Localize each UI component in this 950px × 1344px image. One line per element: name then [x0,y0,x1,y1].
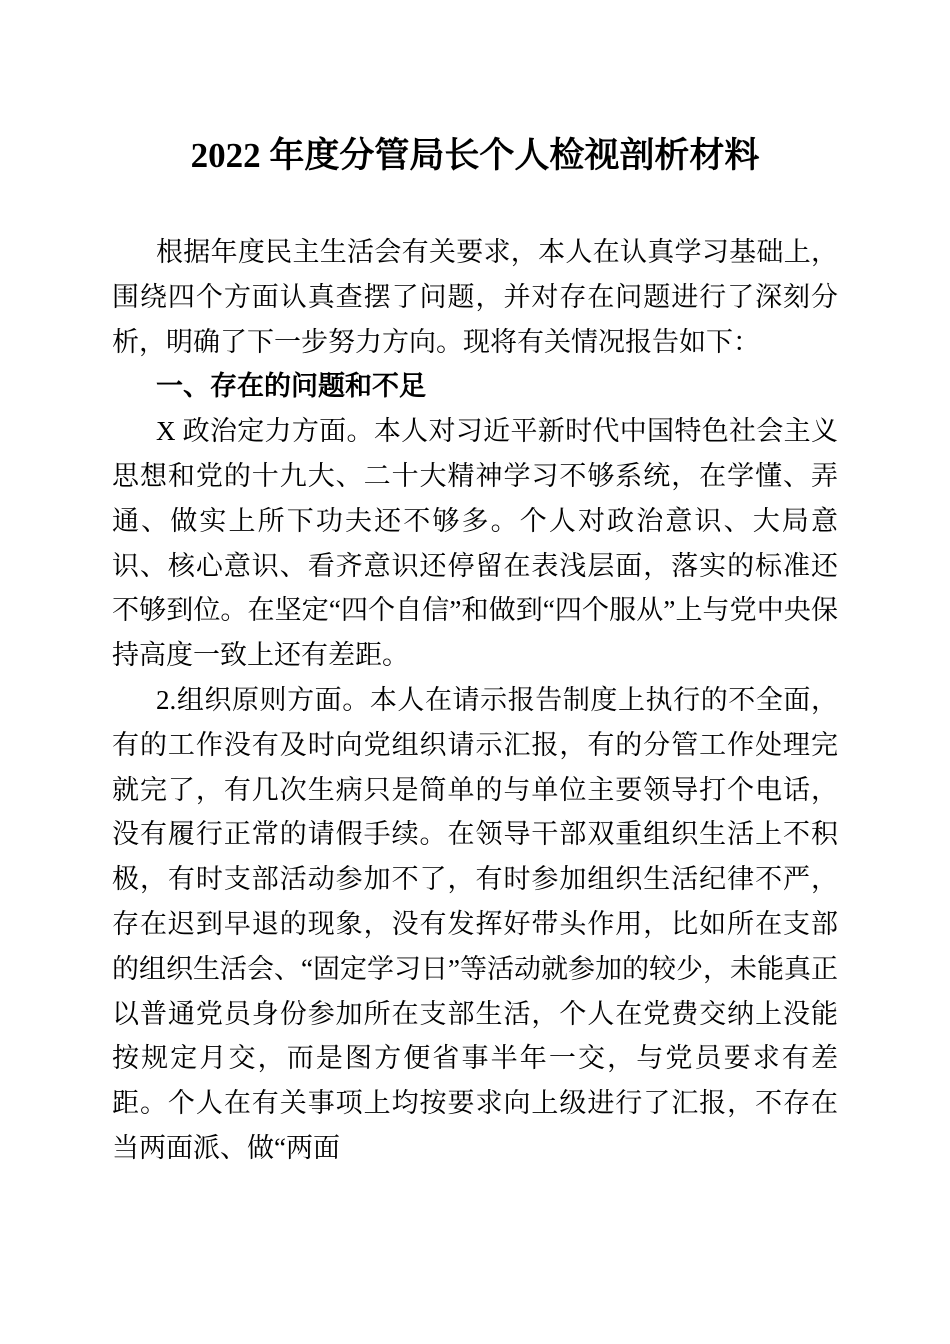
document-title: 2022 年度分管局长个人检视剖析材料 [112,138,838,173]
problem-1-paragraph: X 政治定力方面。本人对习近平新时代中国特色社会主义思想和党的十九大、二十大精神… [112,409,838,678]
intro-paragraph: 根据年度民主生活会有关要求，本人在认真学习基础上，围绕四个方面认真查摆了问题，并… [112,230,838,364]
problem-2-paragraph: 2.组织原则方面。本人在请示报告制度上执行的不全面，有的工作没有及时向党组织请示… [112,678,838,1171]
document-page: 2022 年度分管局长个人检视剖析材料 根据年度民主生活会有关要求，本人在认真学… [0,0,950,1344]
document-body: 根据年度民主生活会有关要求，本人在认真学习基础上，围绕四个方面认真查摆了问题，并… [112,230,838,1171]
section-heading-problems: 一、存在的问题和不足 [112,364,838,409]
